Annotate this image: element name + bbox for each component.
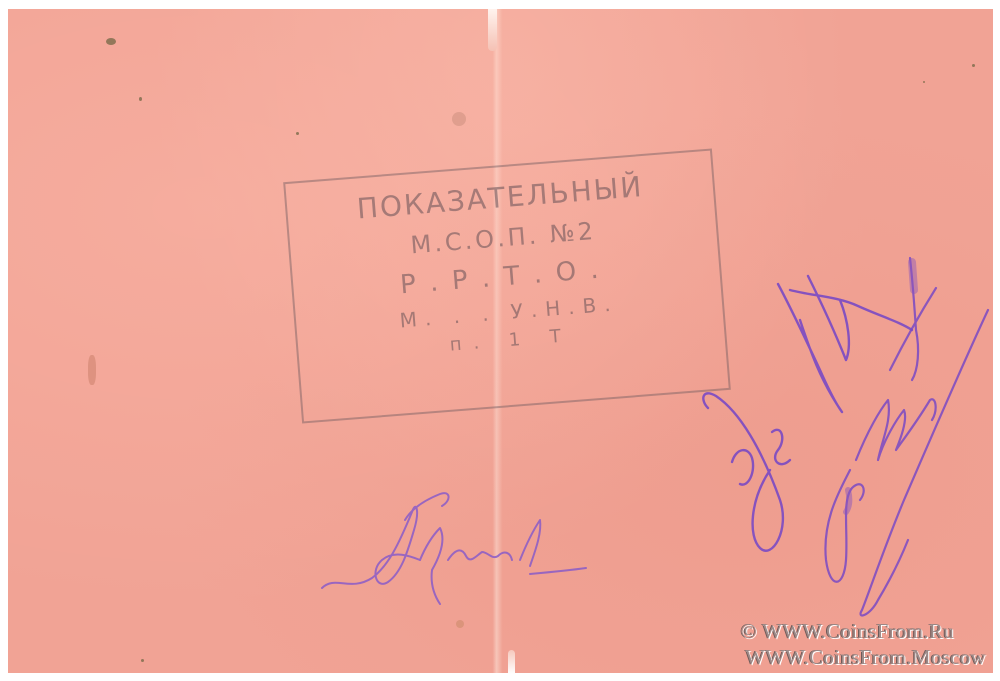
signatures-layer — [0, 0, 1000, 681]
signature-right-2 — [825, 258, 988, 615]
watermark-line-2: WWW.CoinsFrom.Moscow — [745, 645, 986, 670]
signature-left — [322, 493, 586, 604]
watermark-line-1: © WWW.CoinsFrom.Ru — [741, 619, 954, 644]
signature-right-1 — [703, 276, 912, 551]
